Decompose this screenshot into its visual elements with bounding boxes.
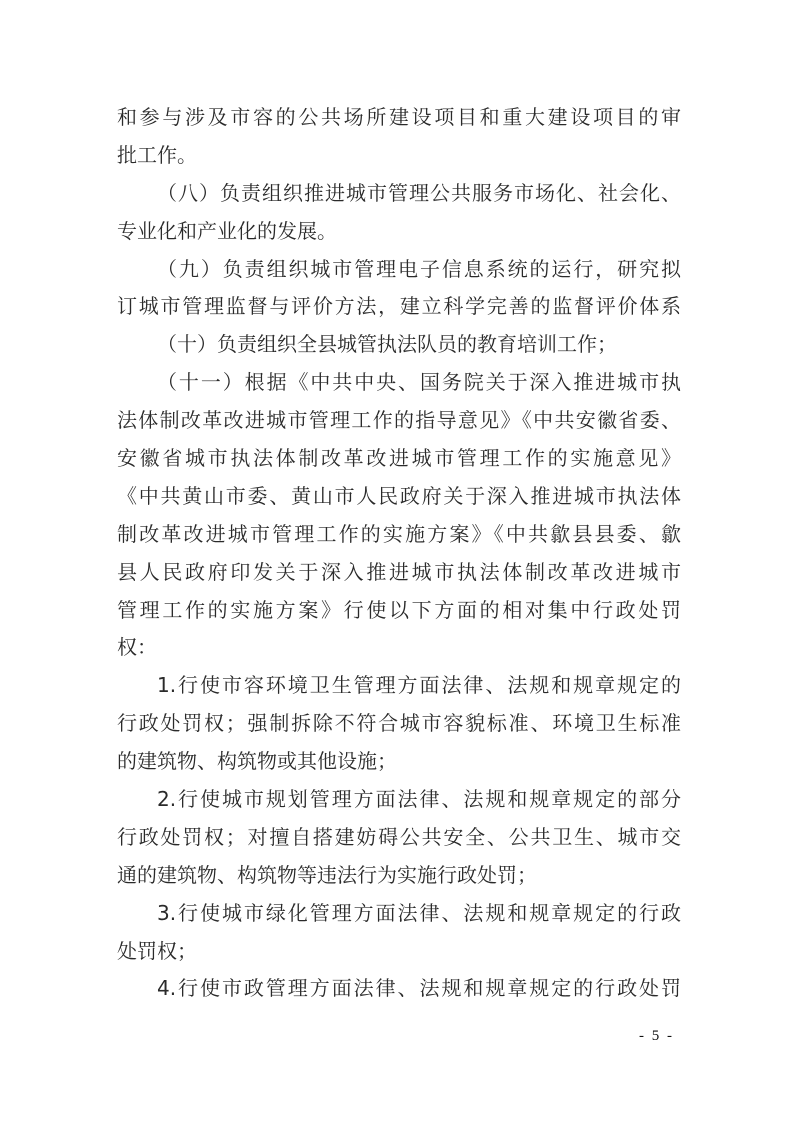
text-line: 安徽省城市执法体制改革改进城市管理工作的实施意见》 (117, 440, 681, 478)
document-page: 和参与涉及市容的公共场所建设项目和重大建设项目的审批工作。（八）负责组织推进城市… (0, 0, 794, 1122)
text-line: 和参与涉及市容的公共场所建设项目和重大建设项目的审 (117, 99, 681, 137)
text-line: （十一）根据《中共中央、国务院关于深入推进城市执 (117, 364, 681, 402)
page-number: - 5 - (639, 1028, 674, 1045)
text-line: 行政处罚权；对擅自搭建妨碍公共安全、公共卫生、城市交 (117, 819, 681, 857)
text-line: 专业化和产业化的发展。 (117, 213, 681, 251)
text-line: 批工作。 (117, 137, 681, 175)
text-line: （八）负责组织推进城市管理公共服务市场化、社会化、 (117, 175, 681, 213)
text-line: 制改革改进城市管理工作的实施方案》《中共歙县县委、歙 (117, 516, 681, 554)
text-line: 权： (117, 629, 681, 667)
text-line: 处罚权； (117, 933, 681, 971)
text-line: 法体制改革改进城市管理工作的指导意见》《中共安徽省委、 (117, 402, 681, 440)
text-line: 通的建筑物、构筑物等违法行为实施行政处罚； (117, 857, 681, 895)
text-line: 管理工作的实施方案》行使以下方面的相对集中行政处罚 (117, 592, 681, 630)
text-line: 县人民政府印发关于深入推进城市执法体制改革改进城市 (117, 554, 681, 592)
text-line: 《中共黄山市委、黄山市人民政府关于深入推进城市执法体 (117, 478, 681, 516)
text-line: 1.行使市容环境卫生管理方面法律、法规和规章规定的 (117, 667, 681, 705)
text-line: 3.行使城市绿化管理方面法律、法规和规章规定的行政 (117, 895, 681, 933)
text-line: 行政处罚权；强制拆除不符合城市容貌标准、环境卫生标准 (117, 705, 681, 743)
text-line: 订城市管理监督与评价方法，建立科学完善的监督评价体系 (117, 288, 681, 326)
document-body: 和参与涉及市容的公共场所建设项目和重大建设项目的审批工作。（八）负责组织推进城市… (117, 99, 681, 1008)
text-line: 4.行使市政管理方面法律、法规和规章规定的行政处罚 (117, 970, 681, 1008)
text-line: （九）负责组织城市管理电子信息系统的运行，研究拟 (117, 251, 681, 289)
text-line: （十）负责组织全县城管执法队员的教育培训工作； (117, 326, 681, 364)
text-line: 的建筑物、构筑物或其他设施； (117, 743, 681, 781)
text-line: 2.行使城市规划管理方面法律、法规和规章规定的部分 (117, 781, 681, 819)
